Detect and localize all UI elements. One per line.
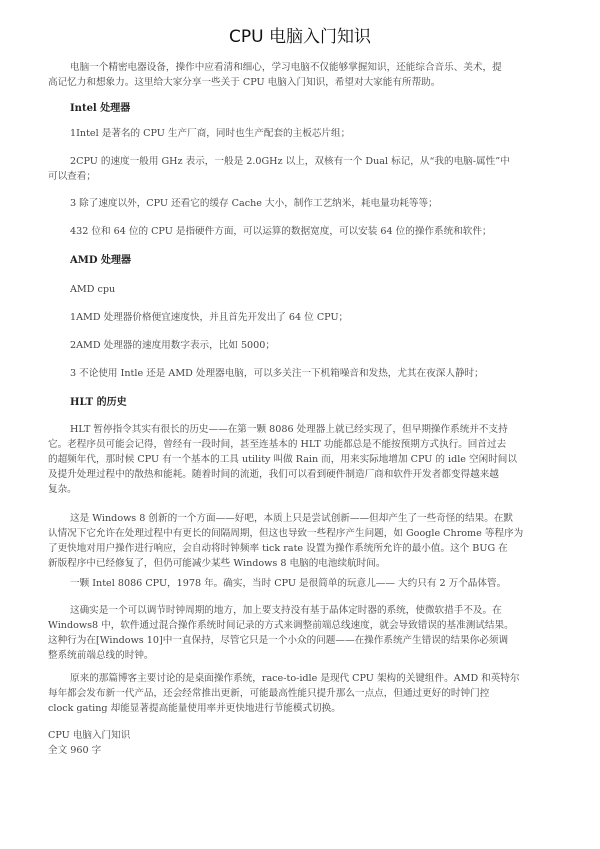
paragraph-line: 及提升处理过程中的散热和能耗。随着时间的流逝，我们可以看到硬件制造厂商和软件开发… bbox=[48, 469, 499, 481]
paragraph-line: Windows8 中，软件通过混合操作系统时间记录的方式来调整前端总线速度，就会… bbox=[48, 620, 514, 632]
footer-word-count: 全文 960 字 bbox=[48, 745, 101, 757]
page-title: CPU 电脑入门知识 bbox=[0, 22, 600, 47]
intro-line: 高记忆力和想象力。这里给大家分享一些关于 CPU 电脑入门知识，希望对大家能有所… bbox=[48, 77, 440, 89]
footer-doc-title: CPU 电脑入门知识 bbox=[48, 730, 130, 742]
list-item: 3 除了速度以外，CPU 还看它的缓存 Cache 大小，制作工艺纳米，耗电量功… bbox=[70, 198, 438, 210]
list-item: 2CPU 的速度一般用 GHz 表示，一般是 2.0GHz 以上，双核有一个 D… bbox=[70, 156, 510, 168]
paragraph-line: 原来的那篇博客主要讨论的是桌面操作系统，race-to-idle 是现代 CPU… bbox=[70, 673, 520, 685]
section-heading-hlt: HLT 的历史 bbox=[70, 397, 127, 409]
paragraph-line: clock gating 却能显著提高能量使用率并更快地进行节能模式切换。 bbox=[48, 703, 341, 715]
paragraph-line: 每年都会发布新一代产品，还会经常推出更新，可能最高性能只提升那么一点点，但通过更… bbox=[48, 688, 489, 700]
paragraph-line: 复杂。 bbox=[48, 484, 77, 496]
paragraph-line: HLT 暂停指令其实有很长的历史——在第一颗 8086 处理器上就已经实现了，但… bbox=[70, 424, 508, 436]
list-item: 1Intel 是著名的 CPU 生产厂商，同时也生产配套的主板芯片组； bbox=[70, 128, 350, 140]
list-item: 432 位和 64 位的 CPU 是指硬件方面，可以运算的数据宽度，可以安装 6… bbox=[70, 226, 492, 238]
sub-heading: AMD cpu bbox=[70, 284, 115, 296]
list-item-cont: 可以查看； bbox=[48, 171, 96, 183]
intro-line: 电脑一个精密电器设备，操作中应看清和细心，学习电脑不仅能够掌握知识，还能综合音乐… bbox=[70, 62, 502, 74]
paragraph-line: 了更快地对用户操作进行响应，会自动将时钟频率 tick rate 设置为操作系统… bbox=[48, 543, 508, 555]
paragraph-line: 的超频年代，那时候 CPU 有一个基本的工具 utility 叫做 Rain 而… bbox=[48, 454, 517, 466]
section-heading-amd: AMD 处理器 bbox=[70, 255, 131, 267]
list-item: 3 不论使用 Intle 还是 AMD 处理器电脑，可以多关注一下机箱噪音和发热… bbox=[70, 368, 484, 380]
section-heading-intel: Intel 处理器 bbox=[70, 103, 130, 115]
paragraph-line: 认情况下它允许在处理过程中有更长的间隔周期，但这也导致一些程序产生问题，如 Go… bbox=[48, 528, 523, 540]
paragraph-line: 一颗 Intel 8086 CPU，1978 年。确实，当时 CPU 是很简单的… bbox=[70, 578, 506, 590]
list-item: 2AMD 处理器的速度用数字表示，比如 5000； bbox=[70, 340, 275, 352]
paragraph-line: 新版程序中已经修复了，但仍可能减少某些 Windows 8 电脑的电池续航时间。 bbox=[48, 558, 385, 570]
paragraph-line: 它。老程序员可能会记得，曾经有一段时间，甚至连基本的 HLT 功能都总是不能按预… bbox=[48, 439, 506, 451]
paragraph-line: 这种行为在[Windows 10]中一直保持，尽管它只是一个小众的问题——在操作… bbox=[48, 635, 508, 647]
paragraph-line: 这确实是一个可以调节时钟周期的地方，加上要支持没有基于晶体定时器的系统，使微软措… bbox=[70, 605, 502, 617]
paragraph-line: 这是 Windows 8 创新的一个方面——好吧，本质上只是尝试创新——但却产生… bbox=[70, 513, 513, 525]
paragraph-line: 整系统前端总线的时钟。 bbox=[48, 650, 154, 662]
list-item: 1AMD 处理器价格便宜速度快，并且首先开发出了 64 位 CPU； bbox=[70, 312, 348, 324]
